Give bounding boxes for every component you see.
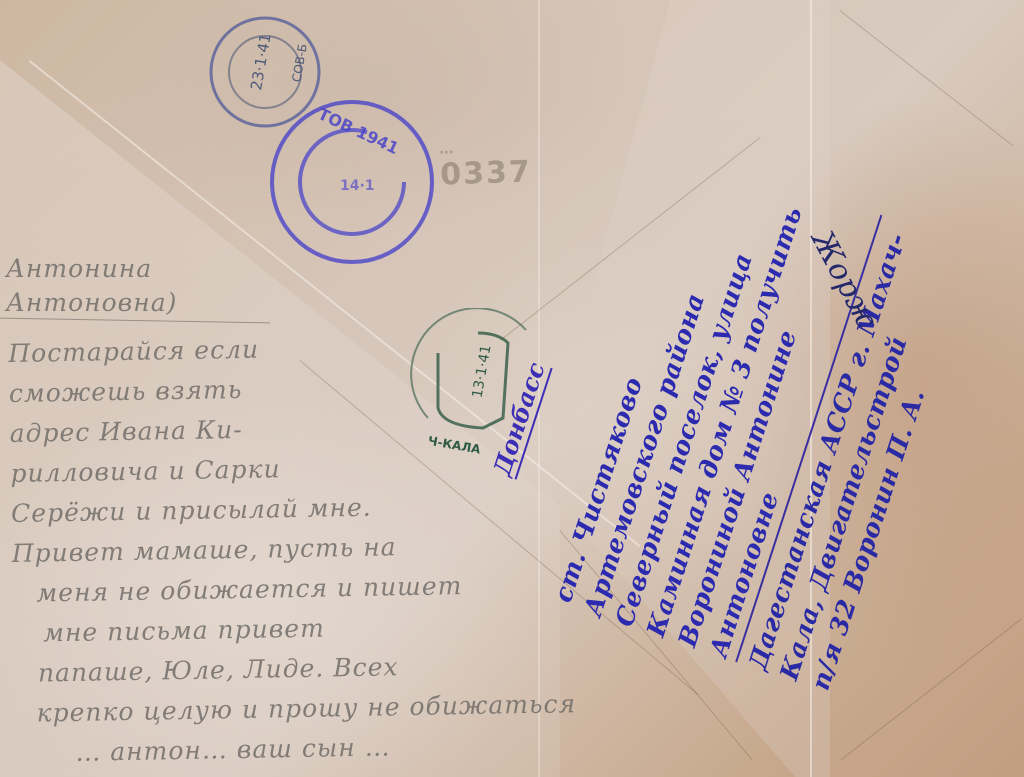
- pencil-header-line: Антоновна): [6, 286, 177, 320]
- svg-text:23·1·41: 23·1·41: [247, 32, 275, 92]
- pencil-header-line: Антонина: [6, 252, 177, 286]
- pencil-body: Постарайся если сможешь взять адрес Иван…: [8, 324, 577, 774]
- svg-text:14·1: 14·1: [340, 178, 375, 194]
- faint-printed-number: … 0337: [439, 138, 532, 192]
- postmark-center-blue: ТОВ 1941 14·1: [262, 92, 442, 272]
- pencil-note: Антонина Антоновна): [6, 252, 177, 320]
- faint-number: 0337: [440, 154, 533, 192]
